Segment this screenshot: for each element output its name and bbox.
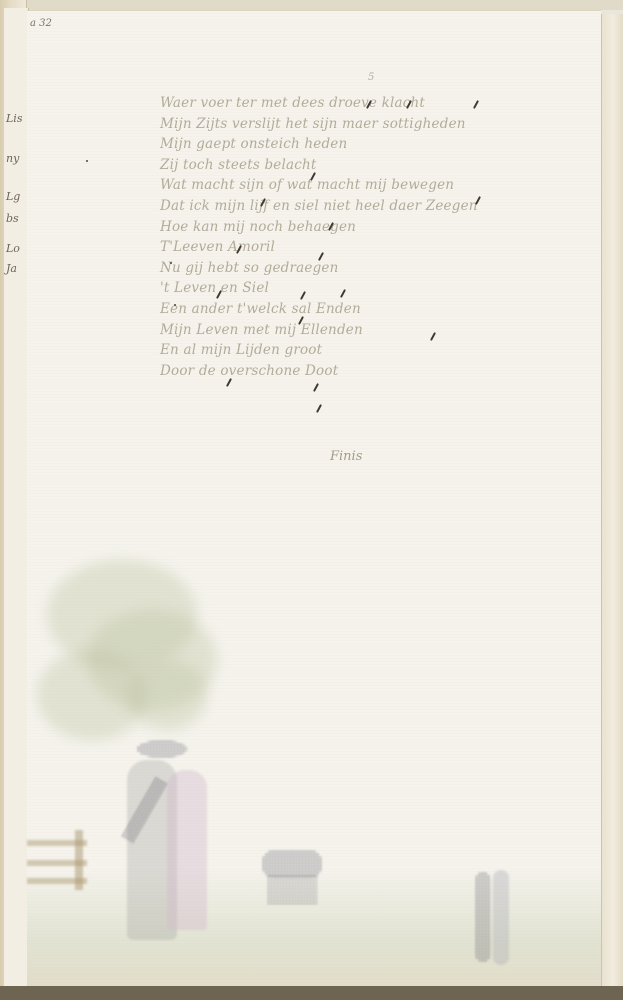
poem-line: Hoe kan mij noch behaegen: [160, 217, 580, 238]
book-bottom-shadow: [0, 986, 623, 1000]
book-top-edge: [0, 0, 623, 10]
poem-text: Waer voer ter met dees droeve klacht Mij…: [160, 93, 580, 381]
margin-note: Ja: [6, 262, 17, 275]
tree-foliage: [127, 660, 207, 730]
margin-note: ny: [6, 152, 19, 165]
poem-line: Nu gij hebt so gedraegen: [160, 258, 580, 279]
distant-figure: [493, 870, 509, 965]
distant-figure: [475, 872, 491, 962]
figure-hat: [137, 740, 187, 758]
folio-number: a 32: [30, 18, 52, 29]
watercolour-illustration: [27, 540, 601, 988]
signature-finis: Finis: [330, 449, 362, 464]
fence-post: [75, 830, 83, 890]
poem-line: Mijn Zijts verslijt het sijn maer sottig…: [160, 114, 580, 135]
poem-line: Mijn gaept onsteich heden: [160, 134, 580, 155]
poem-line: Wat macht sijn of wat macht mij bewegen: [160, 175, 580, 196]
poem-line: Mijn Leven met mij Ellenden: [160, 320, 580, 341]
margin-note: Lg: [6, 190, 20, 203]
margin-note: Lo: [6, 242, 20, 255]
figure-woman: [167, 770, 207, 930]
poem-line: Dat ick mijn lijf en siel niet heel daer…: [160, 196, 580, 217]
poem-line: Een ander t'welck sal Enden: [160, 299, 580, 320]
dog: [262, 850, 322, 878]
dog-legs: [267, 875, 317, 905]
poem-line: 't Leven en Siel: [160, 278, 580, 299]
poem-line: T'Leeven Amoril: [160, 237, 580, 258]
poem-line: Door de overschone Doot: [160, 361, 580, 382]
poem-line: Zij toch steets belacht: [160, 155, 580, 176]
margin-note: Lis: [6, 112, 22, 125]
page-number: 5: [368, 72, 374, 83]
poem-line: En al mijn Lijden groot: [160, 340, 580, 361]
book-right-edge: [601, 14, 623, 990]
margin-note: bs: [6, 212, 19, 225]
